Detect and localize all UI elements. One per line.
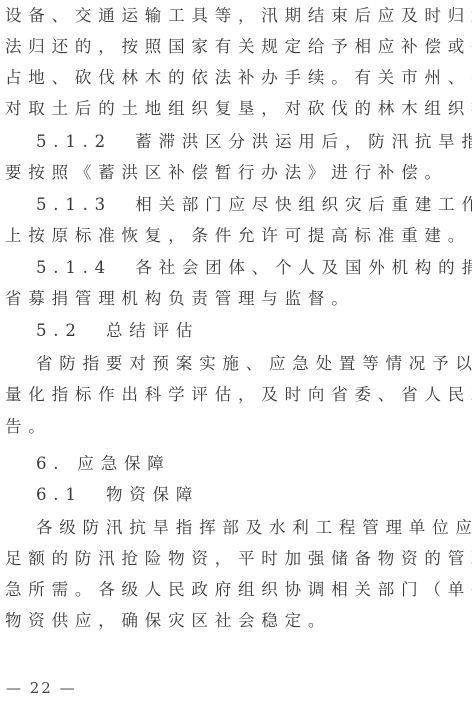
section-5-1-2-line-2: 要按照《蓄洪区补偿暂行办法》进行补偿。 — [5, 161, 471, 185]
section-5-1-4-line-2: 省募捐管理机构负责管理与监督。 — [5, 287, 471, 311]
section-5-2-line-2: 量化指标作出科学评估，及时向省委、省人民政府和国家防总报 — [5, 383, 471, 407]
section-heading-6: 6. 应急保障 — [36, 452, 472, 476]
text-line-2: 法归还的，按照国家有关规定给予相应补偿或作其他处理；取土 — [5, 35, 471, 59]
page-number: — 22 — — [6, 676, 77, 700]
document-page: 设备、交通运输工具等，汛期结束后应及时归还；造成损坏或无 法归还的，按照国家有关… — [0, 0, 472, 706]
section-6-1-line-2: 足额的防汛抢险物资，平时加强储备物资的管理和维护，确保应 — [5, 547, 471, 571]
section-6-1-line-3: 急所需。各级人民政府组织协调相关部门（单位）做好应急救灾 — [5, 578, 471, 602]
section-heading-6-1: 6.1 物资保障 — [36, 483, 472, 507]
section-5-1-2-line-1: 5.1.2 蓄滞洪区分洪运用后，防汛抗旱指挥部和有关部门 — [36, 130, 472, 154]
section-6-1-line-4: 物资供应，确保灾区社会稳定。 — [5, 609, 471, 633]
section-heading-5-2: 5.2 总结评估 — [36, 319, 472, 343]
section-5-2-line-1: 省防指要对预案实施、应急处置等情况予以全面总结，根据 — [36, 352, 472, 376]
section-6-1-line-1: 各级防汛抗旱指挥部及水利工程管理单位应按相关规定储备 — [36, 516, 472, 540]
text-line-4: 对取土后的土地组织复垦，对砍伐的林木组织补种。 — [5, 97, 471, 121]
section-5-2-line-3: 告。 — [5, 415, 471, 439]
section-5-1-4-line-1: 5.1.4 各社会团体、个人及国外机构的捐赠资金和物资由 — [36, 256, 472, 280]
text-line-1: 设备、交通运输工具等，汛期结束后应及时归还；造成损坏或无 — [5, 4, 471, 28]
section-5-1-3-line-2: 上按原标准恢复，条件允许可提高标准重建。 — [5, 224, 471, 248]
text-line-3: 占地、砍伐林木的依法补办手续。有关市州、县市区人民政府要 — [5, 66, 471, 90]
section-5-1-3-line-1: 5.1.3 相关部门应尽快组织灾后重建工作，灾后重建原则 — [36, 193, 472, 217]
